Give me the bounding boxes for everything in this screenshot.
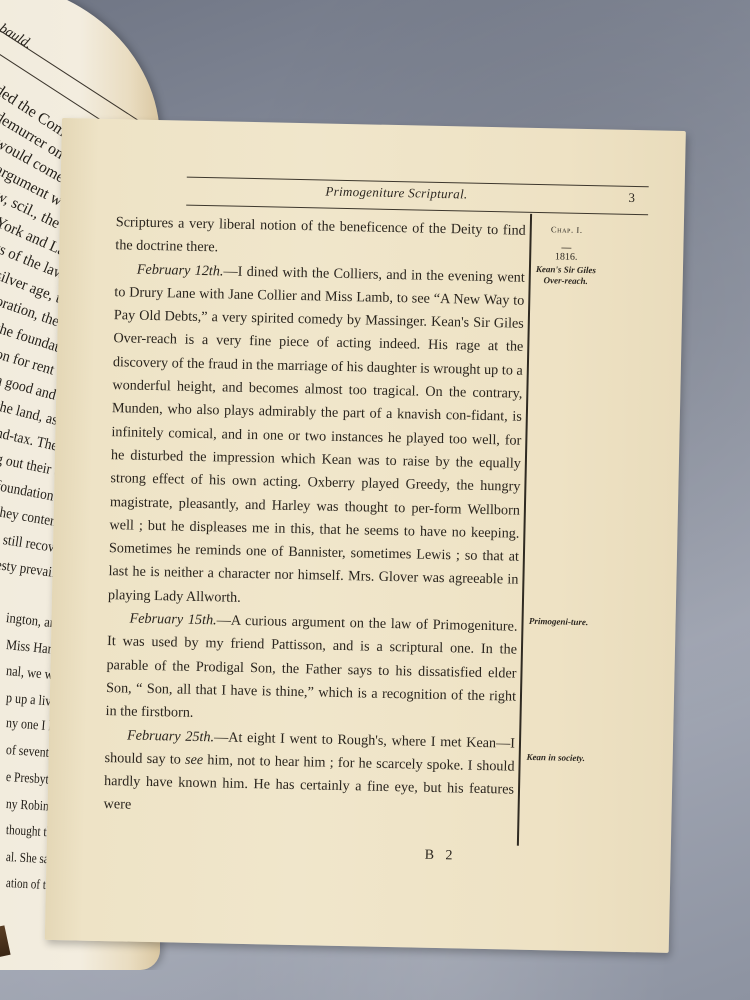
entry-date: February 25th. — [127, 727, 214, 745]
paragraph-feb-25: February 25th.—At eight I went to Rough'… — [103, 724, 515, 826]
page-number: 3 — [628, 190, 635, 206]
paragraph-feb-15: February 15th.—A curious argument on the… — [105, 607, 517, 732]
entry-text: —A curious argument on the law of Primog… — [105, 612, 517, 721]
sidenote-kean-in-society: Kean in society. — [525, 752, 587, 764]
sidenote-year-text: 1816. — [555, 251, 578, 262]
sidenote-primogeniture: Primogeni-ture. — [527, 616, 589, 628]
paragraph-continuation: Scriptures a very liberal notion of the … — [115, 211, 526, 266]
entry-date: February 15th. — [129, 611, 216, 629]
paragraph-feb-12: February 12th.—I dined with the Colliers… — [108, 258, 525, 616]
sidenote-chapter: Chap. I. — [536, 224, 598, 236]
sidenote-kean-sir-giles: Kean's Sir Giles Over-reach. — [535, 264, 597, 287]
entry-date: February 12th. — [137, 261, 224, 279]
entry-text: —I dined with the Colliers, and in the e… — [108, 263, 525, 606]
signature-mark: B 2 — [424, 848, 456, 865]
sidenote-year: 1816. — [535, 244, 597, 263]
body-text: Scriptures a very liberal notion of the … — [103, 211, 526, 825]
right-page: Primogeniture Scriptural. 3 Scriptures a… — [45, 118, 686, 953]
emphasis-see: see — [185, 752, 203, 768]
sidenote-divider — [561, 247, 571, 248]
